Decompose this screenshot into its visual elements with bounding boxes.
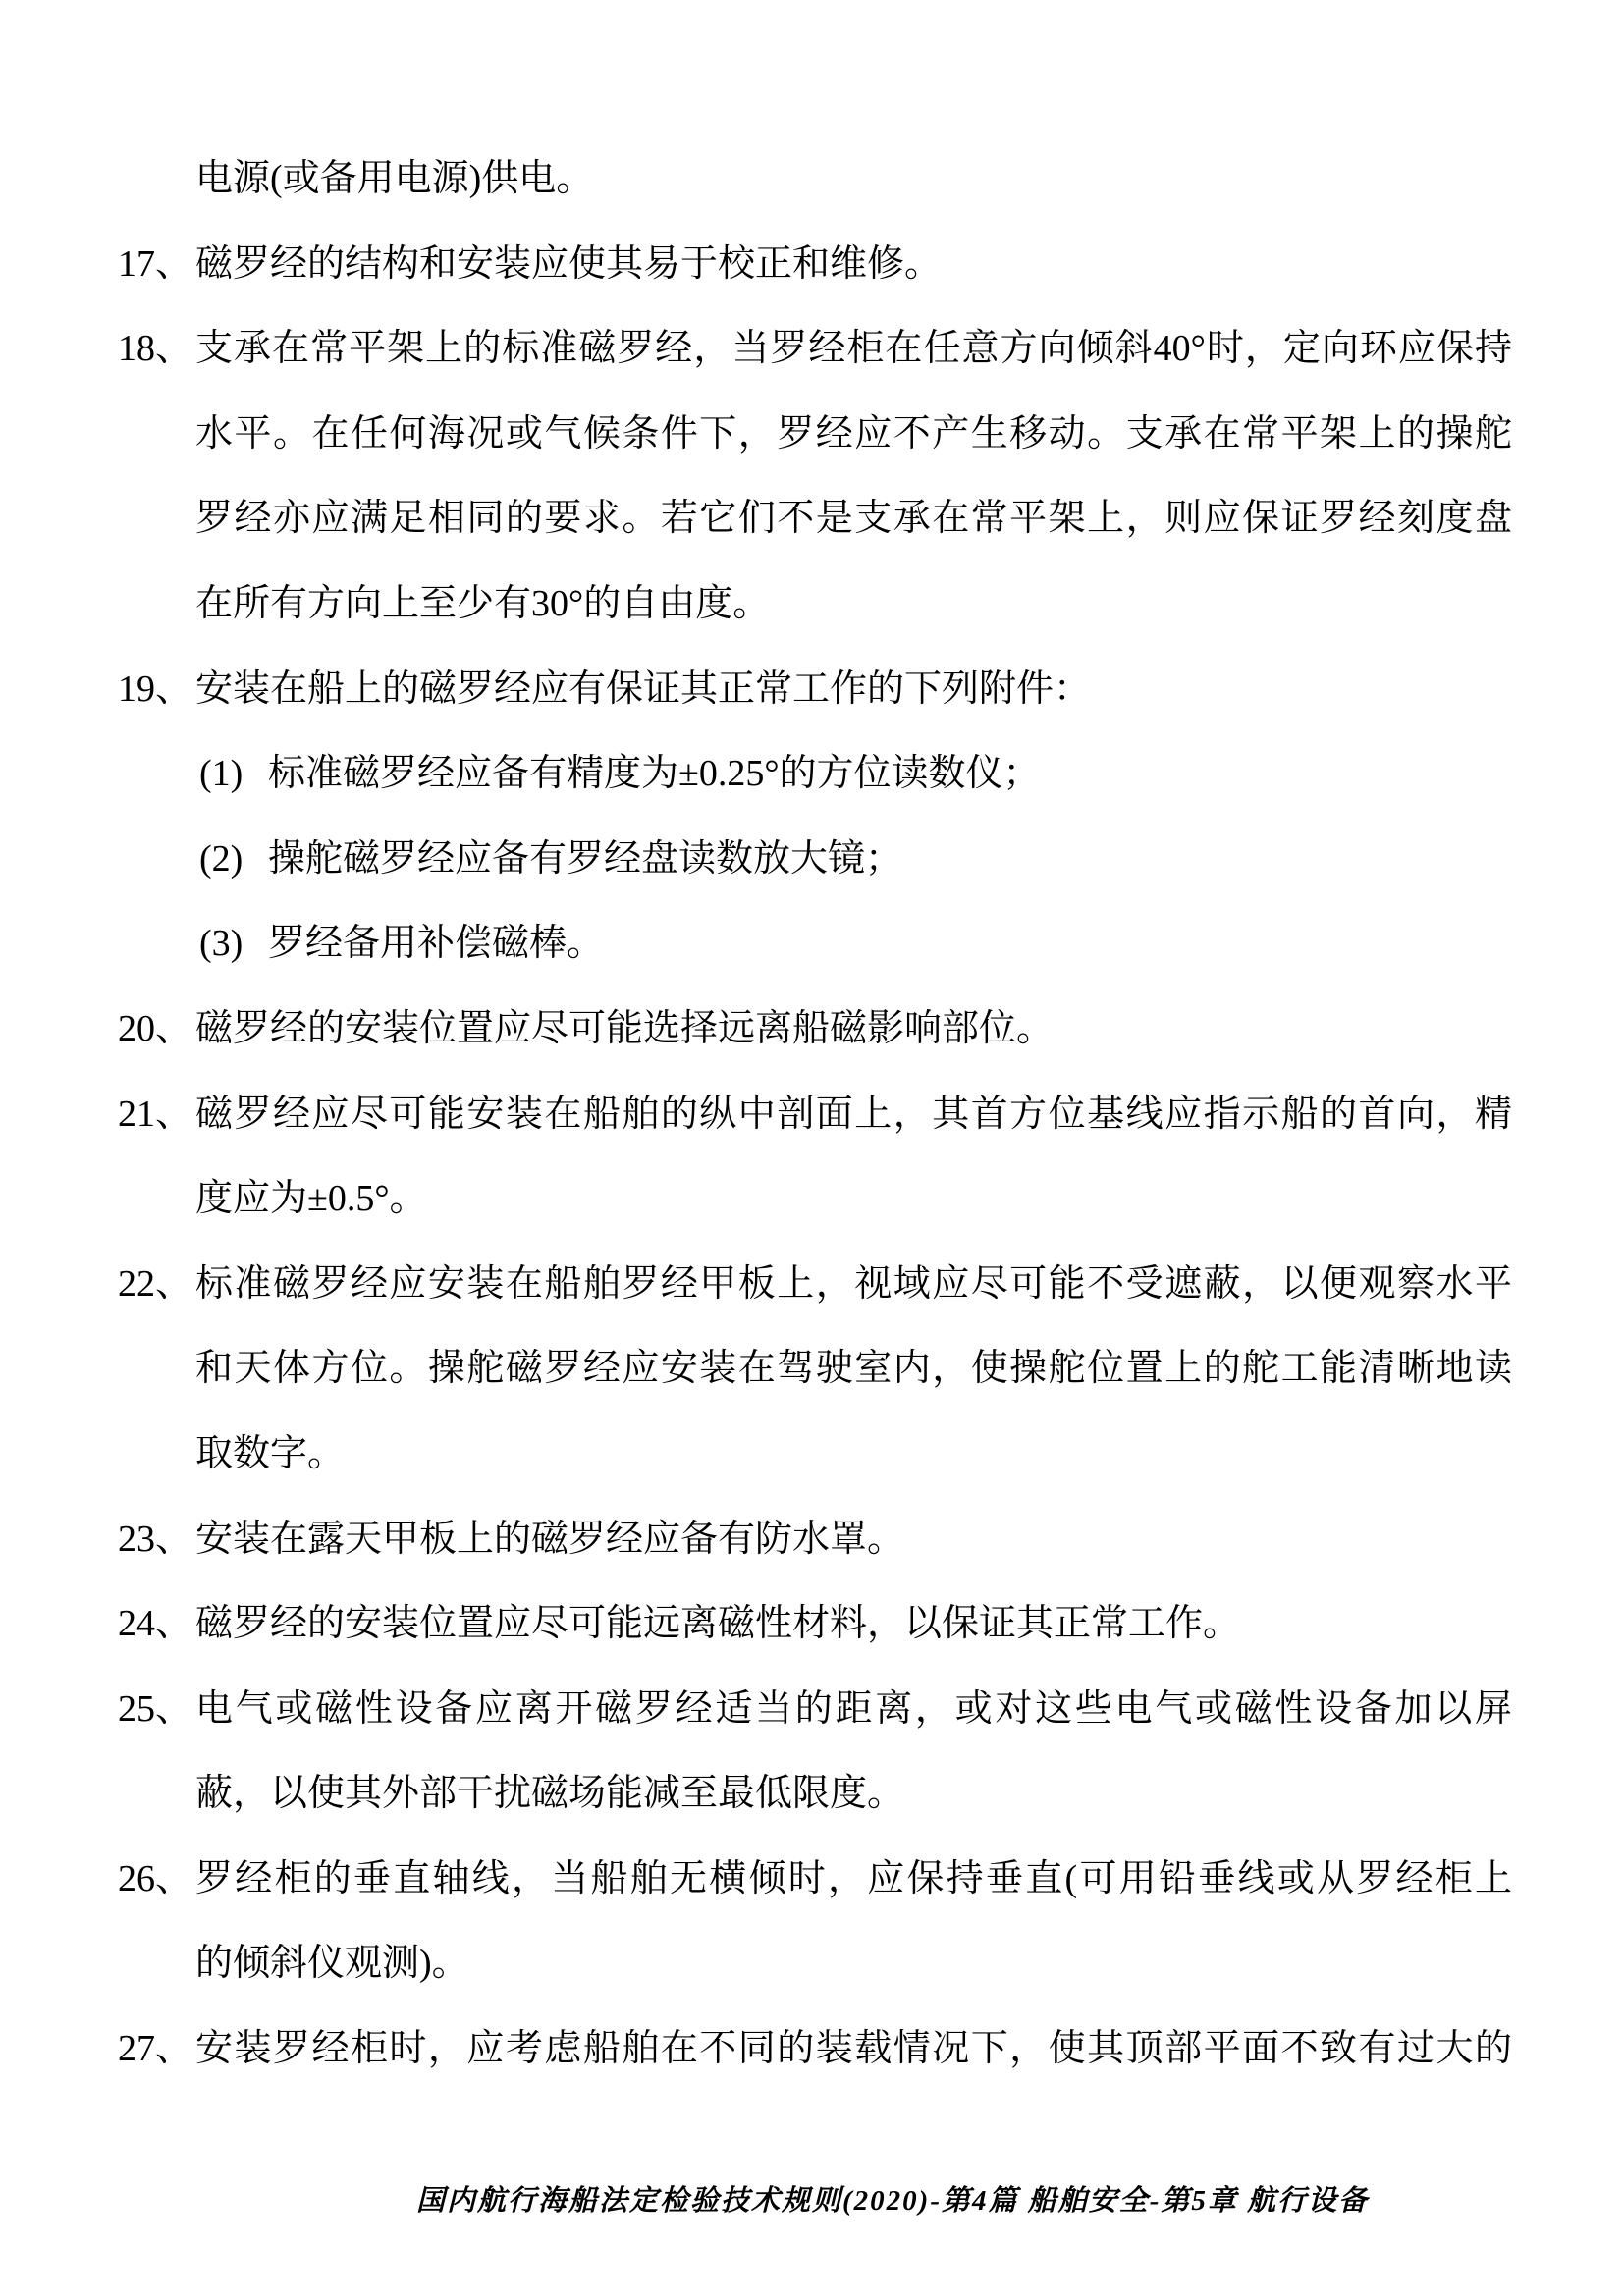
item-number: 18、 xyxy=(118,306,192,392)
item-number: 19、 xyxy=(118,647,192,732)
item-text: 磁罗经应尽可能安装在船舶的纵中剖面上，其首方位基线应指示船的首向，精 xyxy=(195,1094,1512,1135)
item-text: 罗经备用补偿磁棒。 xyxy=(268,923,604,964)
text-line: 20、磁罗经的安装位置应尽可能选择远离船磁影响部位。 xyxy=(118,987,1512,1072)
item-number: 27、 xyxy=(118,2006,192,2092)
text-line: 17、磁罗经的结构和安装应使其易于校正和维修。 xyxy=(118,222,1512,307)
sub-item-number: (1) xyxy=(199,731,243,817)
text-line: 取数字。 xyxy=(118,1412,1512,1497)
item-number: 26、 xyxy=(118,1837,192,1922)
list-item-19: 19、安装在船上的磁罗经应有保证其正常工作的下列附件： xyxy=(118,647,1512,732)
text-line: 和天体方位。操舵磁罗经应安装在驾驶室内，使操舵位置上的舵工能清晰地读 xyxy=(118,1326,1512,1412)
page-body: 电源(或备用电源)供电。 17、磁罗经的结构和安装应使其易于校正和维修。 18、… xyxy=(118,136,1512,2092)
text-line: 的倾斜仪观测)。 xyxy=(118,1921,1512,2006)
item-text: 支承在常平架上的标准磁罗经，当罗经柜在任意方向倾斜40°时，定向环应保持 xyxy=(195,328,1512,369)
item-text: 安装罗经柜时，应考虑船舶在不同的装载情况下，使其顶部平面不致有过大的 xyxy=(195,2028,1512,2069)
text-line: 蔽，以使其外部干扰磁场能减至最低限度。 xyxy=(118,1751,1512,1837)
item-number: 24、 xyxy=(118,1581,192,1667)
item-text: 磁罗经的安装位置应尽可能远离磁性材料，以保证其正常工作。 xyxy=(195,1603,1240,1644)
text-line: (1)标准磁罗经应备有精度为±0.25°的方位读数仪； xyxy=(118,731,1512,817)
item-text: 标准磁罗经应备有精度为±0.25°的方位读数仪； xyxy=(268,753,1041,794)
list-item-22: 22、标准磁罗经应安装在船舶罗经甲板上，视域应尽可能不受遮蔽，以便观察水平 和天… xyxy=(118,1242,1512,1497)
list-item-23: 23、安装在露天甲板上的磁罗经应备有防水罩。 xyxy=(118,1497,1512,1582)
sub-item-3: (3)罗经备用补偿磁棒。 xyxy=(118,901,1512,987)
text-line: 在所有方向上至少有30°的自由度。 xyxy=(118,561,1512,647)
text-line: 度应为±0.5°。 xyxy=(118,1156,1512,1242)
text-line: 24、磁罗经的安装位置应尽可能远离磁性材料，以保证其正常工作。 xyxy=(118,1581,1512,1667)
list-item-17: 17、磁罗经的结构和安装应使其易于校正和维修。 xyxy=(118,222,1512,307)
page-footer: 国内航行海船法定检验技术规则(2020)-第4篇 船舶安全-第5章 航行设备 xyxy=(416,2175,1369,2226)
text-line: 22、标准磁罗经应安装在船舶罗经甲板上，视域应尽可能不受遮蔽，以便观察水平 xyxy=(118,1242,1512,1327)
list-item-25: 25、电气或磁性设备应离开磁罗经适当的距离，或对这些电气或磁性设备加以屏 蔽，以… xyxy=(118,1667,1512,1837)
sub-item-number: (3) xyxy=(199,901,243,987)
item-number: 21、 xyxy=(118,1072,192,1157)
text-line: (3)罗经备用补偿磁棒。 xyxy=(118,901,1512,987)
item-number: 25、 xyxy=(118,1667,192,1752)
item-text: 安装在船上的磁罗经应有保证其正常工作的下列附件： xyxy=(195,668,1091,710)
item-number: 20、 xyxy=(118,987,192,1072)
paragraph-continuation: 电源(或备用电源)供电。 xyxy=(118,136,1512,222)
text-line: 电源(或备用电源)供电。 xyxy=(118,136,1512,222)
text-line: 26、罗经柜的垂直轴线，当船舶无横倾时，应保持垂直(可用铅垂线或从罗经柜上 xyxy=(118,1837,1512,1922)
text-line: 18、支承在常平架上的标准磁罗经，当罗经柜在任意方向倾斜40°时，定向环应保持 xyxy=(118,306,1512,392)
list-item-20: 20、磁罗经的安装位置应尽可能选择远离船磁影响部位。 xyxy=(118,987,1512,1072)
document-page: { "doc": { "background_color": "#ffffff"… xyxy=(0,0,1624,2296)
text-line: (2)操舵磁罗经应备有罗经盘读数放大镜； xyxy=(118,817,1512,902)
list-item-27: 27、安装罗经柜时，应考虑船舶在不同的装载情况下，使其顶部平面不致有过大的 xyxy=(118,2006,1512,2092)
item-number: 23、 xyxy=(118,1497,192,1582)
item-number: 22、 xyxy=(118,1242,192,1327)
item-number: 17、 xyxy=(118,222,192,307)
text-line: 23、安装在露天甲板上的磁罗经应备有防水罩。 xyxy=(118,1497,1512,1582)
list-item-21: 21、磁罗经应尽可能安装在船舶的纵中剖面上，其首方位基线应指示船的首向，精 度应… xyxy=(118,1072,1512,1242)
list-item-24: 24、磁罗经的安装位置应尽可能远离磁性材料，以保证其正常工作。 xyxy=(118,1581,1512,1667)
list-item-18: 18、支承在常平架上的标准磁罗经，当罗经柜在任意方向倾斜40°时，定向环应保持 … xyxy=(118,306,1512,646)
text-line: 27、安装罗经柜时，应考虑船舶在不同的装载情况下，使其顶部平面不致有过大的 xyxy=(118,2006,1512,2092)
sub-item-2: (2)操舵磁罗经应备有罗经盘读数放大镜； xyxy=(118,817,1512,902)
text-line: 25、电气或磁性设备应离开磁罗经适当的距离，或对这些电气或磁性设备加以屏 xyxy=(118,1667,1512,1752)
item-text: 安装在露天甲板上的磁罗经应备有防水罩。 xyxy=(195,1519,904,1560)
item-text: 磁罗经的安装位置应尽可能选择远离船磁影响部位。 xyxy=(195,1008,1054,1049)
item-text: 标准磁罗经应安装在船舶罗经甲板上，视域应尽可能不受遮蔽，以便观察水平 xyxy=(195,1263,1512,1305)
item-text: 罗经柜的垂直轴线，当船舶无横倾时，应保持垂直(可用铅垂线或从罗经柜上 xyxy=(195,1858,1512,1899)
item-text: 电气或磁性设备应离开磁罗经适当的距离，或对这些电气或磁性设备加以屏 xyxy=(195,1688,1512,1730)
item-text: 磁罗经的结构和安装应使其易于校正和维修。 xyxy=(195,243,942,285)
list-item-26: 26、罗经柜的垂直轴线，当船舶无横倾时，应保持垂直(可用铅垂线或从罗经柜上 的倾… xyxy=(118,1837,1512,2006)
text-line: 19、安装在船上的磁罗经应有保证其正常工作的下列附件： xyxy=(118,647,1512,732)
item-text: 操舵磁罗经应备有罗经盘读数放大镜； xyxy=(268,838,902,880)
text-line: 水平。在任何海况或气候条件下，罗经应不产生移动。支承在常平架上的操舵 xyxy=(118,392,1512,477)
sub-item-number: (2) xyxy=(199,817,243,902)
text-line: 21、磁罗经应尽可能安装在船舶的纵中剖面上，其首方位基线应指示船的首向，精 xyxy=(118,1072,1512,1157)
text-line: 罗经亦应满足相同的要求。若它们不是支承在常平架上，则应保证罗经刻度盘 xyxy=(118,476,1512,561)
sub-item-1: (1)标准磁罗经应备有精度为±0.25°的方位读数仪； xyxy=(118,731,1512,817)
